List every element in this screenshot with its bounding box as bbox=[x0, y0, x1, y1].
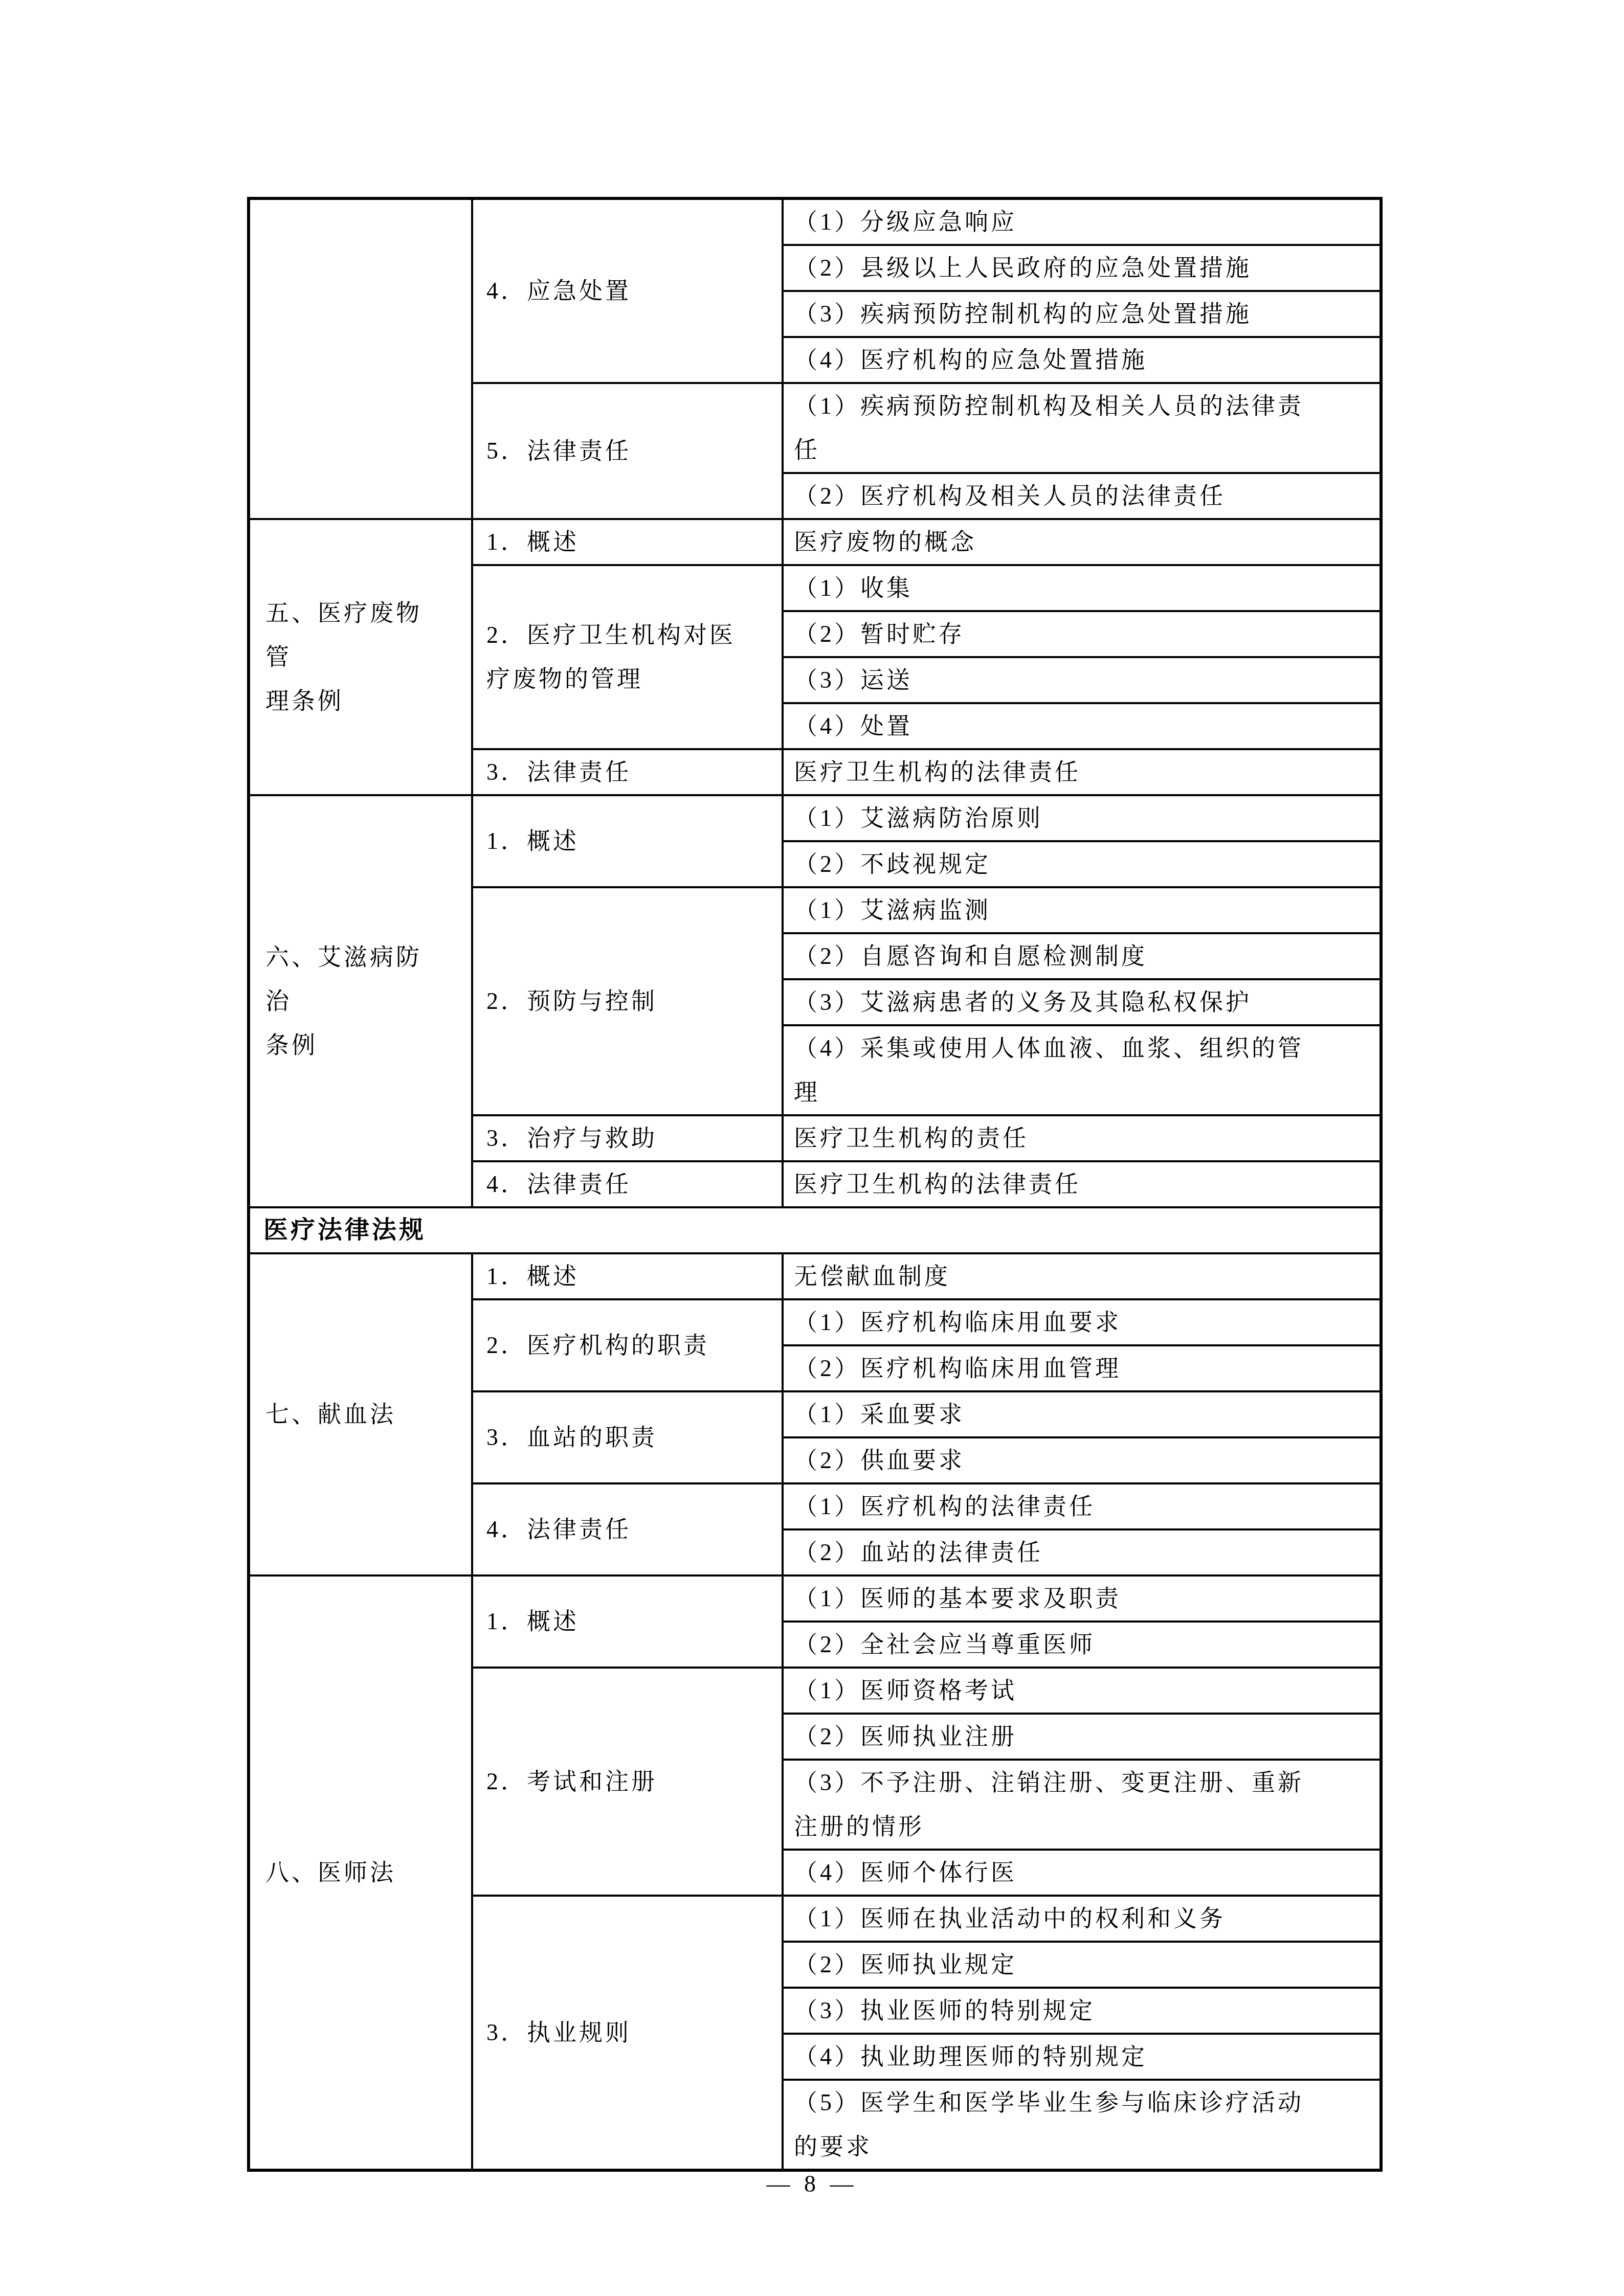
detail-cell: （3）执业医师的特别规定 bbox=[783, 1988, 1381, 2034]
detail-cell: （4）医疗机构的应急处置措施 bbox=[783, 337, 1381, 383]
topic-cell: 3．治疗与救助 bbox=[472, 1115, 783, 1161]
detail-cell: （1）收集 bbox=[783, 565, 1381, 611]
table-row: 医疗法律法规 bbox=[249, 1207, 1381, 1253]
detail-cell: （1）疾病预防控制机构及相关人员的法律责 任 bbox=[783, 383, 1381, 473]
detail-cell: （2）血站的法律责任 bbox=[783, 1529, 1381, 1575]
detail-cell: 无偿献血制度 bbox=[783, 1253, 1381, 1299]
topic-cell: 4．应急处置 bbox=[472, 198, 783, 383]
topic-cell: 1．概述 bbox=[472, 1575, 783, 1668]
detail-cell: （3）艾滋病患者的义务及其隐私权保护 bbox=[783, 979, 1381, 1025]
topic-cell: 2．医疗机构的职责 bbox=[472, 1299, 783, 1391]
detail-cell: （1）艾滋病防治原则 bbox=[783, 795, 1381, 841]
detail-cell: 医疗卫生机构的法律责任 bbox=[783, 749, 1381, 795]
detail-cell: （1）采血要求 bbox=[783, 1391, 1381, 1437]
detail-cell: （1）医师资格考试 bbox=[783, 1668, 1381, 1714]
detail-cell: （2）自愿咨询和自愿检测制度 bbox=[783, 933, 1381, 979]
topic-cell: 2．医疗卫生机构对医 疗废物的管理 bbox=[472, 565, 783, 749]
detail-cell: （5）医学生和医学毕业生参与临床诊疗活动 的要求 bbox=[783, 2080, 1381, 2170]
page-number: — 8 — bbox=[0, 2162, 1624, 2206]
chapter-label-cell: 五、医疗废物管 理条例 bbox=[249, 519, 472, 795]
detail-cell: （2）暂时贮存 bbox=[783, 611, 1381, 657]
detail-cell: （1）医疗机构的法律责任 bbox=[783, 1483, 1381, 1529]
topic-cell: 3．执业规则 bbox=[472, 1896, 783, 2170]
detail-cell: （4）医师个体行医 bbox=[783, 1850, 1381, 1896]
detail-cell: （3）运送 bbox=[783, 657, 1381, 703]
syllabus-table: 4．应急处置（1）分级应急响应（2）县级以上人民政府的应急处置措施（3）疾病预防… bbox=[247, 197, 1383, 2172]
topic-cell: 2．预防与控制 bbox=[472, 887, 783, 1115]
chapter-label-cell: 六、艾滋病防治 条例 bbox=[249, 795, 472, 1207]
detail-cell: （4）处置 bbox=[783, 703, 1381, 749]
table-row: 4．应急处置（1）分级应急响应 bbox=[249, 198, 1381, 245]
detail-cell: 医疗废物的概念 bbox=[783, 519, 1381, 565]
detail-cell: （3）不予注册、注销注册、变更注册、重新 注册的情形 bbox=[783, 1760, 1381, 1850]
detail-cell: （1）医师在执业活动中的权利和义务 bbox=[783, 1896, 1381, 1942]
topic-cell: 3．法律责任 bbox=[472, 749, 783, 795]
topic-cell: 1．概述 bbox=[472, 519, 783, 565]
detail-cell: （1）医师的基本要求及职责 bbox=[783, 1575, 1381, 1622]
chapter-label-cell: 七、献血法 bbox=[249, 1253, 472, 1575]
topic-cell: 2．考试和注册 bbox=[472, 1668, 783, 1896]
detail-cell: 医疗卫生机构的责任 bbox=[783, 1115, 1381, 1161]
table-row: 七、献血法1．概述无偿献血制度 bbox=[249, 1253, 1381, 1299]
detail-cell: （4）执业助理医师的特别规定 bbox=[783, 2034, 1381, 2080]
topic-cell: 5．法律责任 bbox=[472, 383, 783, 519]
table-row: 八、医师法1．概述（1）医师的基本要求及职责 bbox=[249, 1575, 1381, 1622]
detail-cell: 医疗卫生机构的法律责任 bbox=[783, 1161, 1381, 1207]
detail-cell: （2）医疗机构临床用血管理 bbox=[783, 1345, 1381, 1391]
detail-cell: （2）医师执业注册 bbox=[783, 1714, 1381, 1760]
document-page: 4．应急处置（1）分级应急响应（2）县级以上人民政府的应急处置措施（3）疾病预防… bbox=[0, 0, 1624, 2296]
detail-cell: （1）艾滋病监测 bbox=[783, 887, 1381, 933]
detail-cell: （3）疾病预防控制机构的应急处置措施 bbox=[783, 291, 1381, 337]
table-row: 六、艾滋病防治 条例1．概述（1）艾滋病防治原则 bbox=[249, 795, 1381, 841]
detail-cell: （1）分级应急响应 bbox=[783, 198, 1381, 245]
table-row: 五、医疗废物管 理条例1．概述医疗废物的概念 bbox=[249, 519, 1381, 565]
topic-cell: 3．血站的职责 bbox=[472, 1391, 783, 1483]
detail-cell: （2）县级以上人民政府的应急处置措施 bbox=[783, 245, 1381, 291]
detail-cell: （2）医疗机构及相关人员的法律责任 bbox=[783, 473, 1381, 519]
detail-cell: （4）采集或使用人体血液、血浆、组织的管 理 bbox=[783, 1025, 1381, 1115]
section-header-cell: 医疗法律法规 bbox=[249, 1207, 1381, 1253]
topic-cell: 1．概述 bbox=[472, 795, 783, 887]
chapter-label-cell bbox=[249, 198, 472, 519]
topic-cell: 4．法律责任 bbox=[472, 1483, 783, 1575]
detail-cell: （2）全社会应当尊重医师 bbox=[783, 1622, 1381, 1668]
topic-cell: 4．法律责任 bbox=[472, 1161, 783, 1207]
detail-cell: （1）医疗机构临床用血要求 bbox=[783, 1299, 1381, 1345]
detail-cell: （2）供血要求 bbox=[783, 1437, 1381, 1483]
detail-cell: （2）不歧视规定 bbox=[783, 841, 1381, 887]
detail-cell: （2）医师执业规定 bbox=[783, 1942, 1381, 1988]
topic-cell: 1．概述 bbox=[472, 1253, 783, 1299]
chapter-label-cell: 八、医师法 bbox=[249, 1575, 472, 2170]
